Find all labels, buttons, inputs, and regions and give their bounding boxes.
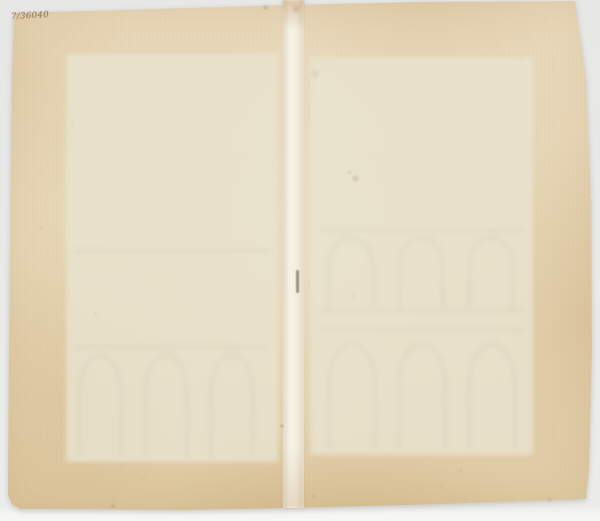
guard-top-stain: [283, 0, 304, 30]
showthrough-arch: [468, 343, 516, 449]
showthrough-cornice-line: [74, 346, 269, 348]
showthrough-arch: [210, 354, 254, 456]
showthrough-arch: [328, 237, 374, 309]
showthrough-cornice-line: [319, 309, 524, 311]
right-plate-showthrough: [310, 57, 533, 455]
showthrough-cornice-line: [319, 229, 524, 231]
conjoined-paper-leaves: [0, 0, 600, 521]
showthrough-arch: [398, 237, 444, 309]
showthrough-arch: [78, 354, 122, 456]
left-plate-showthrough: [66, 54, 278, 462]
photo-of-print-verso: 7/36040: [0, 0, 600, 521]
guard-bottom-stain: [283, 448, 304, 508]
showthrough-cornice-line: [74, 250, 269, 252]
showthrough-arch: [398, 343, 446, 449]
sewing-slit: [296, 270, 299, 293]
showthrough-arch: [328, 343, 376, 449]
showthrough-cornice-line: [319, 329, 524, 331]
collection-number-inscription: 7/36040: [11, 10, 50, 22]
showthrough-arch: [144, 354, 188, 456]
center-fold-guard-strip: [283, 0, 304, 508]
showthrough-arch: [468, 237, 514, 309]
